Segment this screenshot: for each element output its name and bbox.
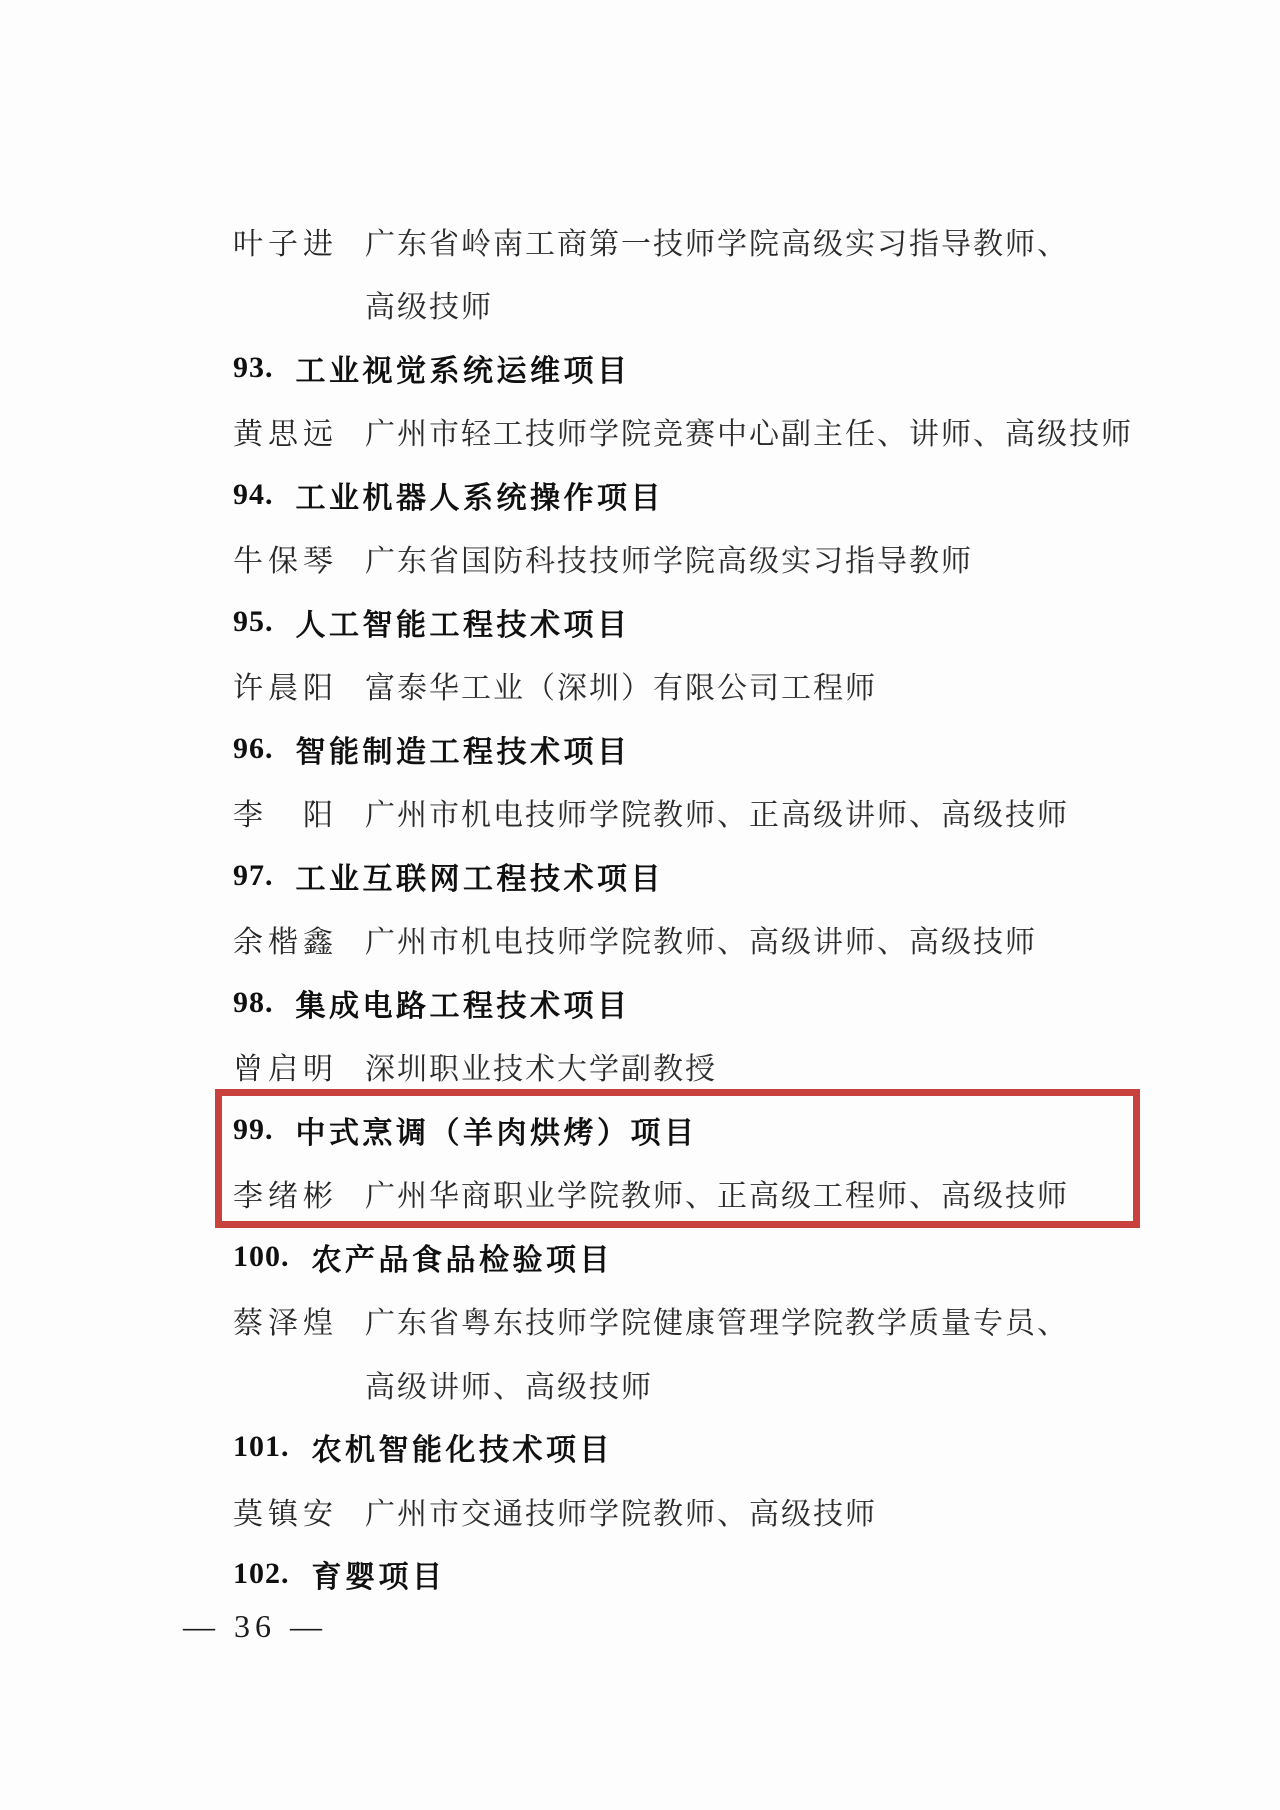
project-number: 99. [233, 1113, 274, 1147]
person-detail: 广州市轻工技师学院竞赛中心副主任、讲师、高级技师 [365, 409, 1133, 453]
list-item: 叶子进 广东省岭南工商第一技师学院高级实习指导教师、 [0, 209, 1280, 273]
footer-dash-left: — [183, 1608, 220, 1645]
list-item: 李 阳 广州市机电技师学院教师、正高级讲师、高级技师 [0, 781, 1280, 845]
person-detail-continued: 高级技师 [365, 282, 493, 326]
project-title: 中式烹调（羊肉烘烤）项目 [296, 1108, 698, 1152]
project-title: 集成电路工程技术项目 [296, 981, 631, 1025]
person-detail: 广州华商职业学院教师、正高级工程师、高级技师 [365, 1171, 1069, 1215]
project-heading: 93. 工业视觉系统运维项目 [0, 336, 1280, 400]
project-heading: 96. 智能制造工程技术项目 [0, 717, 1280, 781]
person-name: 许晨阳 [233, 663, 335, 707]
person-detail: 深圳职业技术大学副教授 [365, 1044, 717, 1088]
project-number: 101. [233, 1430, 290, 1464]
project-heading: 98. 集成电路工程技术项目 [0, 971, 1280, 1035]
person-name: 曾启明 [233, 1044, 335, 1088]
list-item: 牛保琴 广东省国防科技技师学院高级实习指导教师 [0, 527, 1280, 591]
project-number: 100. [233, 1240, 290, 1274]
list-item: 许晨阳 富泰华工业（深圳）有限公司工程师 [0, 654, 1280, 718]
page-number: 36 [234, 1608, 276, 1645]
project-heading: 94. 工业机器人系统操作项目 [0, 463, 1280, 527]
project-number: 93. [233, 351, 274, 385]
person-detail: 广东省国防科技技师学院高级实习指导教师 [365, 536, 973, 580]
person-detail-continued: 高级讲师、高级技师 [365, 1362, 653, 1406]
list-item: 蔡泽煌 广东省粤东技师学院健康管理学院教学质量专员、 [0, 1289, 1280, 1353]
person-name: 莫镇安 [233, 1489, 335, 1533]
project-title: 工业视觉系统运维项目 [296, 346, 631, 390]
person-name: 蔡泽煌 [233, 1298, 335, 1342]
person-detail: 广东省岭南工商第一技师学院高级实习指导教师、 [365, 219, 1069, 263]
project-number: 97. [233, 859, 274, 893]
person-detail: 广州市机电技师学院教师、正高级讲师、高级技师 [365, 790, 1069, 834]
project-number: 96. [233, 732, 274, 766]
continuation-line: 高级技师 [0, 273, 1280, 337]
person-name: 黄思远 [233, 409, 335, 453]
project-number: 95. [233, 605, 274, 639]
person-name: 李 阳 [233, 790, 335, 834]
list-item: 曾启明 深圳职业技术大学副教授 [0, 1035, 1280, 1099]
project-heading: 97. 工业互联网工程技术项目 [0, 844, 1280, 908]
person-name: 牛保琴 [233, 536, 335, 580]
project-title: 人工智能工程技术项目 [296, 600, 631, 644]
project-number: 102. [233, 1557, 290, 1591]
person-detail: 广东省粤东技师学院健康管理学院教学质量专员、 [365, 1298, 1069, 1342]
person-detail: 广州市机电技师学院教师、高级讲师、高级技师 [365, 917, 1037, 961]
page-footer: — 36 — [183, 1608, 327, 1645]
list-item: 莫镇安 广州市交通技师学院教师、高级技师 [0, 1479, 1280, 1543]
person-name: 叶子进 [233, 219, 335, 263]
project-heading-highlighted: 99. 中式烹调（羊肉烘烤）项目 [0, 1098, 1280, 1162]
project-title: 农机智能化技术项目 [312, 1425, 614, 1469]
award-list: 叶子进 广东省岭南工商第一技师学院高级实习指导教师、 高级技师 93. 工业视觉… [0, 209, 1280, 1606]
project-heading: 102. 育婴项目 [0, 1543, 1280, 1607]
project-title: 智能制造工程技术项目 [296, 727, 631, 771]
continuation-line: 高级讲师、高级技师 [0, 1352, 1280, 1416]
project-title: 农产品食品检验项目 [312, 1235, 614, 1279]
list-item: 余楷鑫 广州市机电技师学院教师、高级讲师、高级技师 [0, 908, 1280, 972]
project-number: 94. [233, 478, 274, 512]
project-title: 育婴项目 [312, 1552, 446, 1596]
footer-dash-right: — [290, 1608, 327, 1645]
project-heading: 100. 农产品食品检验项目 [0, 1225, 1280, 1289]
project-title: 工业机器人系统操作项目 [296, 473, 665, 517]
list-item-highlighted: 李绪彬 广州华商职业学院教师、正高级工程师、高级技师 [0, 1162, 1280, 1226]
list-item: 黄思远 广州市轻工技师学院竞赛中心副主任、讲师、高级技师 [0, 400, 1280, 464]
document-page: 叶子进 广东省岭南工商第一技师学院高级实习指导教师、 高级技师 93. 工业视觉… [0, 0, 1280, 1810]
person-detail: 富泰华工业（深圳）有限公司工程师 [365, 663, 877, 707]
person-name: 李绪彬 [233, 1171, 335, 1215]
project-number: 98. [233, 986, 274, 1020]
person-detail: 广州市交通技师学院教师、高级技师 [365, 1489, 877, 1533]
person-name: 余楷鑫 [233, 917, 335, 961]
project-title: 工业互联网工程技术项目 [296, 854, 665, 898]
project-heading: 101. 农机智能化技术项目 [0, 1416, 1280, 1480]
project-heading: 95. 人工智能工程技术项目 [0, 590, 1280, 654]
